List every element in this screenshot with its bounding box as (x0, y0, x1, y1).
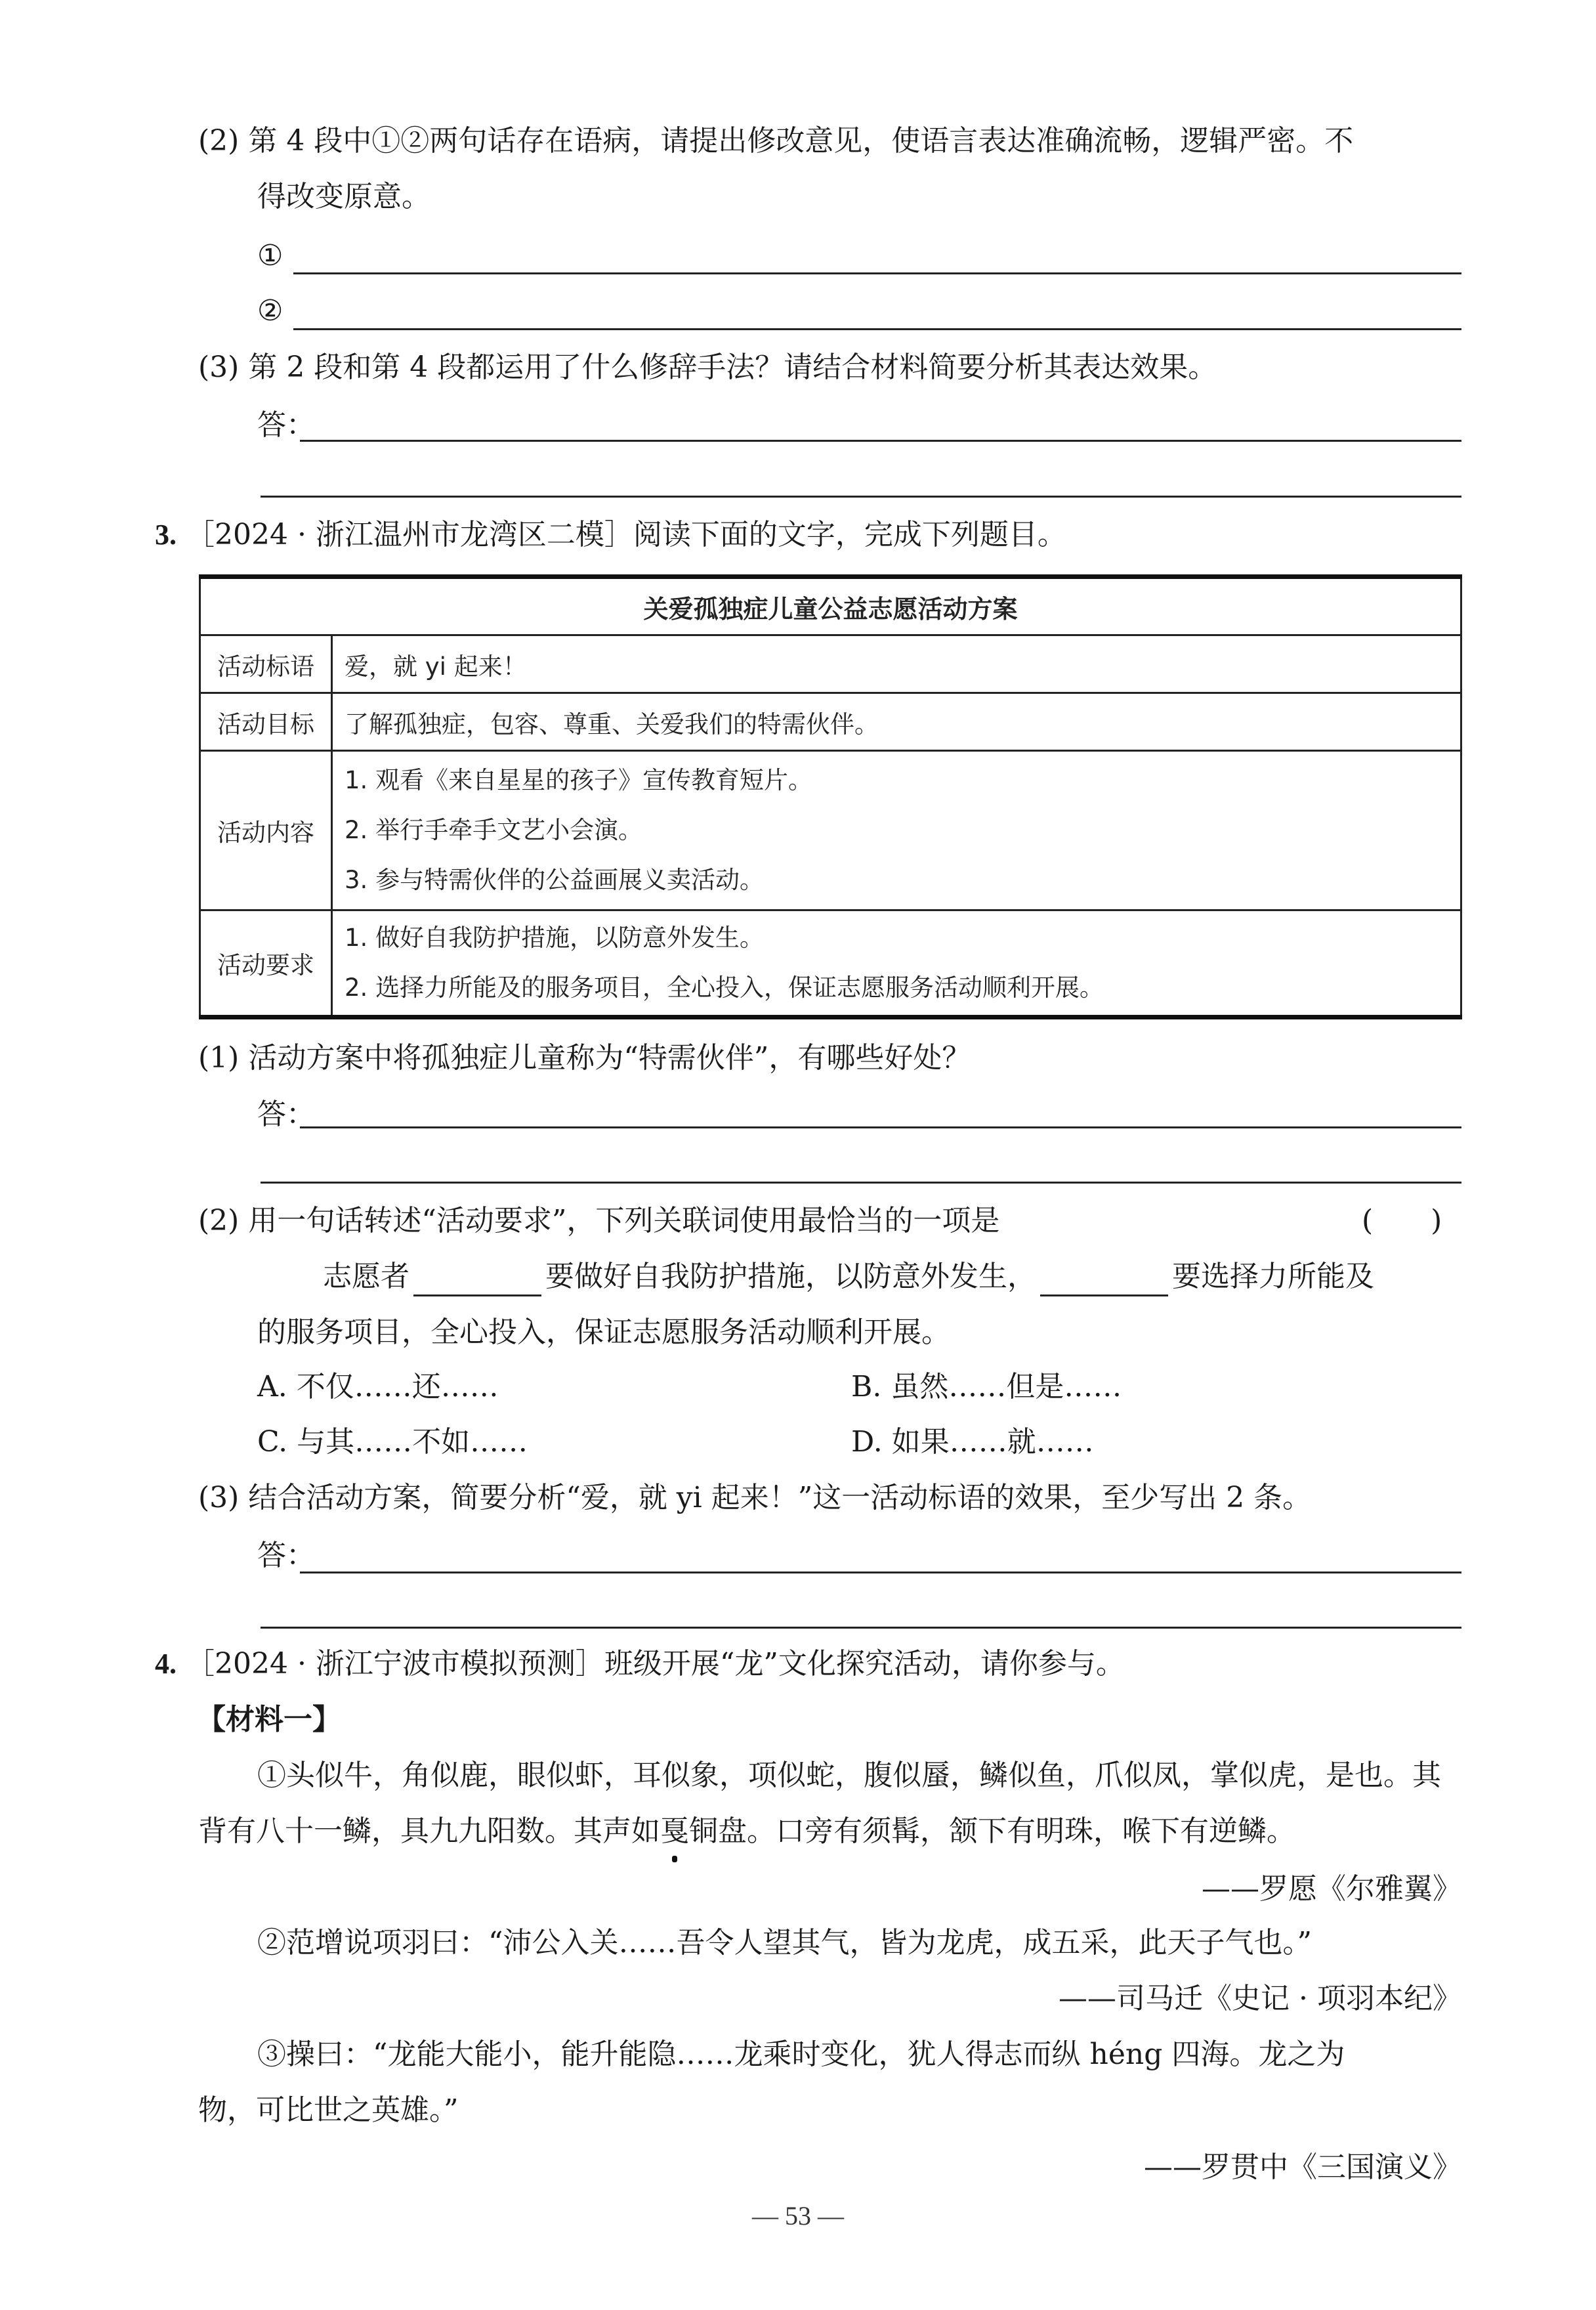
content-item: 3. 参与特需伙伴的公益画展义卖活动。 (345, 855, 1448, 905)
answer-line-8[interactable] (261, 1627, 1461, 1629)
sentence-part: 要选择力所能及 (1172, 1260, 1374, 1293)
row-content: 1. 做好自我防护措施，以防意外发生。 2. 选择力所能及的服务项目，全心投入，… (332, 910, 1461, 1017)
q4-instruction: 班级开展“龙”文化探究活动，请你参与。 (604, 1647, 1125, 1680)
table-row: 活动内容 1. 观看《来自星星的孩子》宣传教育短片。 2. 举行手牵手文艺小会演… (200, 751, 1461, 910)
sentence-part: 志愿者 (323, 1260, 409, 1293)
option-c[interactable]: C. 与其……不如…… (257, 1422, 528, 1462)
fill-blank-1[interactable] (413, 1266, 541, 1296)
q3-sub2-sentence: 志愿者要做好自我防护措施，以防意外发生，要选择力所能及 (323, 1257, 1374, 1296)
row-content: 了解孤独症，包容、尊重、关爱我们的特需伙伴。 (332, 693, 1461, 751)
sentence-part: 要做好自我防护措施，以防意外发生， (545, 1260, 1036, 1293)
q3-sub3-text: 结合活动方案，简要分析“爱，就 yi 起来！”这一活动标语的效果，至少写出 2 … (248, 1481, 1311, 1514)
passage-3-line1: ③操曰：“龙能大能小，能升能隐……龙乘时变化，犹人得志而纵 héng 四海。龙之… (257, 2035, 1345, 2074)
material-title: 【材料一】 (197, 1700, 341, 1740)
q3-number: 3. (155, 519, 177, 551)
q4-source: ［2024 · 浙江宁波市模拟预测］ (186, 1647, 604, 1680)
answer-label: 答： (257, 1095, 315, 1134)
answer-line-6[interactable] (261, 1182, 1461, 1184)
row-label: 活动要求 (200, 910, 332, 1017)
requirement-item: 1. 做好自我防护措施，以防意外发生。 (345, 913, 1448, 963)
passage-2-source: ——司马迁《史记 · 项羽本纪》 (1059, 1979, 1461, 2019)
q3-sub2-label: (2) (198, 1204, 239, 1237)
q2-sub2-label: (2) (198, 124, 239, 158)
answer-line-7[interactable] (300, 1572, 1461, 1573)
q2-sub3-label: (3) (198, 351, 239, 384)
q2-sub3-text: 第 2 段和第 4 段都运用了什么修辞手法？请结合材料简要分析其表达效果。 (248, 351, 1217, 384)
q4-number: 4. (155, 1648, 177, 1680)
q3-sub1-question: (1) 活动方案中将孤独症儿童称为“特需伙伴”，有哪些好处？ (198, 1038, 971, 1078)
answer-line-2[interactable] (293, 328, 1461, 330)
passage-2-line1: ②范增说项羽曰：“沛公入关……吾令人望其气，皆为龙虎，成五采，此天子气也。” (257, 1923, 1312, 1963)
answer-line-3[interactable] (300, 440, 1461, 442)
emph-text: 戛 (660, 1814, 689, 1848)
row-label: 活动内容 (200, 751, 332, 910)
content-item: 2. 举行手牵手文艺小会演。 (345, 805, 1448, 855)
option-text: 虽然……但是…… (891, 1370, 1122, 1403)
option-text: 不仅……还…… (297, 1370, 499, 1403)
option-text: 如果……就…… (892, 1425, 1094, 1459)
q3-source: ［2024 · 浙江温州市龙湾区二模］ (186, 518, 633, 551)
option-key: D. (851, 1425, 883, 1459)
answer-line-1[interactable] (293, 272, 1461, 274)
row-content: 爱，就 yi 起来！ (332, 635, 1461, 693)
q2-sub3-question: (3) 第 2 段和第 4 段都运用了什么修辞手法？请结合材料简要分析其表达效果… (198, 348, 1217, 387)
q3-sub1-text: 活动方案中将孤独症儿童称为“特需伙伴”，有哪些好处？ (248, 1041, 971, 1075)
passage-1-line1: ①头似牛，角似鹿，眼似虾，耳似象，项似蛇，腹似蜃，鳞似鱼，爪似凤，掌似虎，是也。… (257, 1756, 1441, 1795)
blank-marker-1: ① (257, 236, 283, 276)
blank-marker-2: ② (257, 291, 283, 331)
emphasis-dot-icon (672, 1856, 677, 1862)
option-key: B. (851, 1370, 881, 1403)
q2-sub2-text-cont: 得改变原意。 (257, 177, 430, 217)
text-segment: 背有八十一鳞，具九九阳数。其声如 (198, 1814, 660, 1848)
page-number: — 53 — (0, 2200, 1596, 2231)
fill-blank-2[interactable] (1040, 1266, 1168, 1296)
option-text: 与其……不如…… (297, 1425, 528, 1459)
table-row: 活动要求 1. 做好自我防护措施，以防意外发生。 2. 选择力所能及的服务项目，… (200, 910, 1461, 1017)
requirement-item: 2. 选择力所能及的服务项目，全心投入，保证志愿服务活动顺利开展。 (345, 963, 1448, 1013)
table-row: 活动标语 爱，就 yi 起来！ (200, 635, 1461, 693)
answer-label: 答： (257, 406, 315, 445)
q3-instruction: 阅读下面的文字，完成下列题目。 (633, 518, 1066, 551)
answer-label: 答： (257, 1536, 315, 1575)
table-row: 活动目标 了解孤独症，包容、尊重、关爱我们的特需伙伴。 (200, 693, 1461, 751)
q3-sub3-question: (3) 结合活动方案，简要分析“爱，就 yi 起来！”这一活动标语的效果，至少写… (198, 1478, 1311, 1518)
passage-1-source: ——罗愿《尔雅翼》 (1202, 1870, 1461, 1909)
row-label: 活动标语 (200, 635, 332, 693)
passage-3-line2: 物，可比世之英雄。” (198, 2091, 459, 2130)
q3-header: 3. ［2024 · 浙江温州市龙湾区二模］阅读下面的文字，完成下列题目。 (155, 515, 1066, 555)
q2-sub2-text: 第 4 段中①②两句话存在语病，请提出修改意见，使语言表达准确流畅，逻辑严密。不 (248, 124, 1353, 158)
q4-header: 4. ［2024 · 浙江宁波市模拟预测］班级开展“龙”文化探究活动，请你参与。 (155, 1644, 1125, 1684)
q3-sub2-question: (2) 用一句话转述“活动要求”，下列关联词使用最恰当的一项是 (198, 1201, 999, 1241)
q3-sub1-label: (1) (198, 1041, 239, 1075)
row-label: 活动目标 (200, 693, 332, 751)
q3-sub2-sentence-cont: 的服务项目，全心投入，保证志愿服务活动顺利开展。 (257, 1313, 950, 1352)
text-segment: 铜盘。口旁有须髯，颔下有明珠，喉下有逆鳞。 (689, 1814, 1295, 1848)
table-title: 关爱孤独症儿童公益志愿活动方案 (200, 577, 1461, 635)
activity-plan-table: 关爱孤独症儿童公益志愿活动方案 活动标语 爱，就 yi 起来！ 活动目标 了解孤… (199, 574, 1462, 1019)
option-key: C. (257, 1425, 287, 1459)
passage-3-source: ——罗贯中《三国演义》 (1144, 2148, 1461, 2187)
content-item: 1. 观看《来自星星的孩子》宣传教育短片。 (345, 756, 1448, 805)
option-key: A. (257, 1370, 287, 1403)
option-a[interactable]: A. 不仅……还…… (257, 1367, 499, 1407)
option-b[interactable]: B. 虽然……但是…… (851, 1367, 1122, 1407)
option-d[interactable]: D. 如果……就…… (851, 1422, 1094, 1462)
answer-line-4[interactable] (261, 496, 1461, 498)
passage-1-line2: 背有八十一鳞，具九九阳数。其声如戛铜盘。口旁有须髯，颔下有明珠，喉下有逆鳞。 (198, 1812, 1295, 1851)
q2-sub2-question: (2) 第 4 段中①②两句话存在语病，请提出修改意见，使语言表达准确流畅，逻辑… (198, 121, 1353, 161)
q3-sub3-label: (3) (198, 1481, 239, 1514)
emphasized-char: 戛 (660, 1814, 689, 1848)
row-content: 1. 观看《来自星星的孩子》宣传教育短片。 2. 举行手牵手文艺小会演。 3. … (332, 751, 1461, 910)
answer-bracket[interactable]: ( ) (1362, 1201, 1442, 1241)
q3-sub2-text: 用一句话转述“活动要求”，下列关联词使用最恰当的一项是 (248, 1204, 999, 1237)
answer-line-5[interactable] (300, 1126, 1461, 1128)
